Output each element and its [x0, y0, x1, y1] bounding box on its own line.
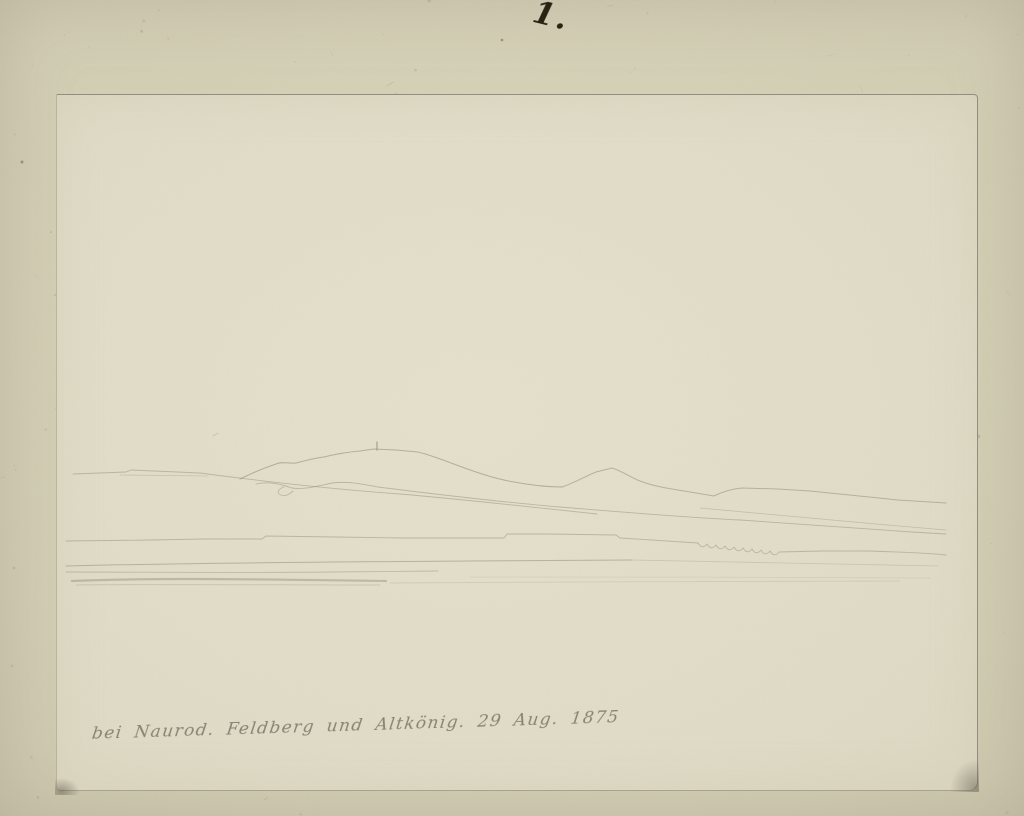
- artwork-scan: 1. bei Naurod. Feldberg und Altkönig. 29…: [0, 0, 1024, 816]
- corner-smudge-bottom-left: [55, 777, 81, 795]
- drawing-sheet: [56, 94, 978, 791]
- sheet-number: 1.: [529, 0, 573, 38]
- corner-shadow-bottom-right: [949, 758, 979, 792]
